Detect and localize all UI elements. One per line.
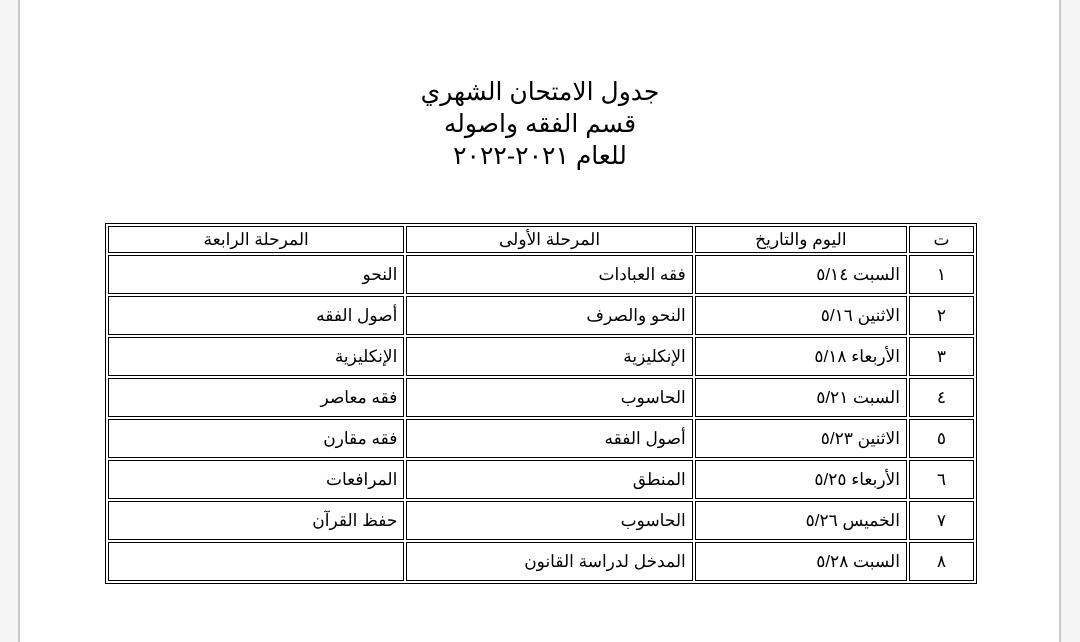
table-row: ٣ الأربعاء ٥/١٨ الإنكليزية الإنكليزية xyxy=(108,337,974,376)
cell-first-stage: أصول الفقه xyxy=(406,419,692,458)
cell-fourth-stage: حفظ القرآن xyxy=(108,501,404,540)
cell-fourth-stage: فقه معاصر xyxy=(108,378,404,417)
cell-fourth-stage: النحو xyxy=(108,255,404,294)
cell-day-date: الاثنين ٥/١٦ xyxy=(695,296,907,335)
cell-first-stage: النحو والصرف xyxy=(406,296,692,335)
table-row: ٨ السبت ٥/٢٨ المدخل لدراسة القانون xyxy=(108,542,974,581)
cell-first-stage: المنطق xyxy=(406,460,692,499)
cell-first-stage: فقه العبادات xyxy=(406,255,692,294)
cell-day-date: الأربعاء ٥/١٨ xyxy=(695,337,907,376)
table-header-row: ت اليوم والتاريخ المرحلة الأولى المرحلة … xyxy=(108,226,974,253)
cell-number: ٧ xyxy=(909,501,974,540)
cell-day-date: السبت ٥/٢٨ xyxy=(695,542,907,581)
table-row: ٧ الخميس ٥/٢٦ الحاسوب حفظ القرآن xyxy=(108,501,974,540)
cell-number: ٣ xyxy=(909,337,974,376)
exam-schedule-table: ت اليوم والتاريخ المرحلة الأولى المرحلة … xyxy=(105,223,977,584)
title-department: قسم الفقه واصوله xyxy=(0,108,1080,140)
cell-fourth-stage: المرافعات xyxy=(108,460,404,499)
document-title-block: جدول الامتحان الشهري قسم الفقه واصوله لل… xyxy=(0,76,1080,172)
table-row: ١ السبت ٥/١٤ فقه العبادات النحو xyxy=(108,255,974,294)
cell-day-date: الأربعاء ٥/٢٥ xyxy=(695,460,907,499)
cell-number: ٨ xyxy=(909,542,974,581)
cell-fourth-stage xyxy=(108,542,404,581)
header-day-date: اليوم والتاريخ xyxy=(695,226,907,253)
title-academic-year: للعام ٢٠٢١-٢٠٢٢ xyxy=(0,140,1080,172)
cell-day-date: الخميس ٥/٢٦ xyxy=(695,501,907,540)
cell-first-stage: الحاسوب xyxy=(406,501,692,540)
cell-day-date: السبت ٥/٢١ xyxy=(695,378,907,417)
header-fourth-stage: المرحلة الرابعة xyxy=(108,226,404,253)
document-viewport: جدول الامتحان الشهري قسم الفقه واصوله لل… xyxy=(0,0,1080,642)
cell-day-date: السبت ٥/١٤ xyxy=(695,255,907,294)
header-number: ت xyxy=(909,226,974,253)
cell-fourth-stage: فقه مقارن xyxy=(108,419,404,458)
cell-fourth-stage: أصول الفقه xyxy=(108,296,404,335)
cell-number: ٤ xyxy=(909,378,974,417)
cell-day-date: الاثنين ٥/٢٣ xyxy=(695,419,907,458)
cell-fourth-stage: الإنكليزية xyxy=(108,337,404,376)
cell-number: ١ xyxy=(909,255,974,294)
cell-number: ٦ xyxy=(909,460,974,499)
table-row: ٢ الاثنين ٥/١٦ النحو والصرف أصول الفقه xyxy=(108,296,974,335)
cell-number: ٢ xyxy=(909,296,974,335)
cell-first-stage: الإنكليزية xyxy=(406,337,692,376)
title-exam-schedule: جدول الامتحان الشهري xyxy=(0,76,1080,108)
table-row: ٤ السبت ٥/٢١ الحاسوب فقه معاصر xyxy=(108,378,974,417)
cell-first-stage: المدخل لدراسة القانون xyxy=(406,542,692,581)
cell-first-stage: الحاسوب xyxy=(406,378,692,417)
cell-number: ٥ xyxy=(909,419,974,458)
table-row: ٥ الاثنين ٥/٢٣ أصول الفقه فقه مقارن xyxy=(108,419,974,458)
table-row: ٦ الأربعاء ٥/٢٥ المنطق المرافعات xyxy=(108,460,974,499)
header-first-stage: المرحلة الأولى xyxy=(406,226,692,253)
